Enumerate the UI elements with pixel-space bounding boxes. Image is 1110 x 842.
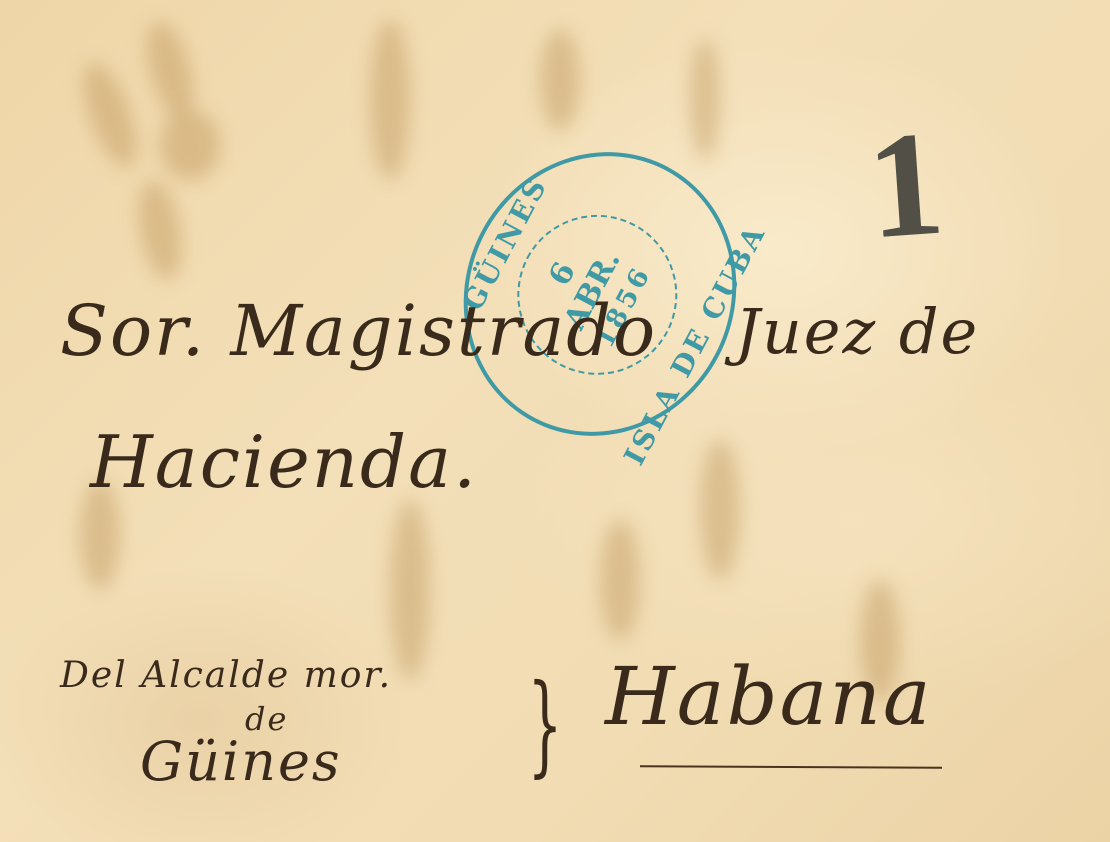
rate-handstamp: 1 <box>863 108 948 263</box>
address-department: Hacienda. <box>90 420 478 504</box>
stain <box>700 440 740 580</box>
address-title: Juez de <box>735 295 979 368</box>
brace-mark: } <box>528 660 563 788</box>
sender-line-1: Del Alcalde mor. <box>60 655 392 696</box>
stain <box>160 110 220 180</box>
stain <box>690 40 720 160</box>
stain <box>390 500 430 680</box>
address-city: Habana <box>605 650 933 743</box>
stain <box>370 20 410 180</box>
city-underline <box>640 765 942 769</box>
stain <box>72 56 147 173</box>
address-salutation: Sor. Magistrado <box>60 290 657 372</box>
stain <box>600 520 640 640</box>
stain <box>132 177 189 282</box>
stain <box>138 17 203 124</box>
sender-line-3: Güines <box>140 730 342 793</box>
postal-cover: GÜINES 6 ABR. 1856 ISLA DE CUBA 1 Sor. M… <box>0 0 1110 842</box>
